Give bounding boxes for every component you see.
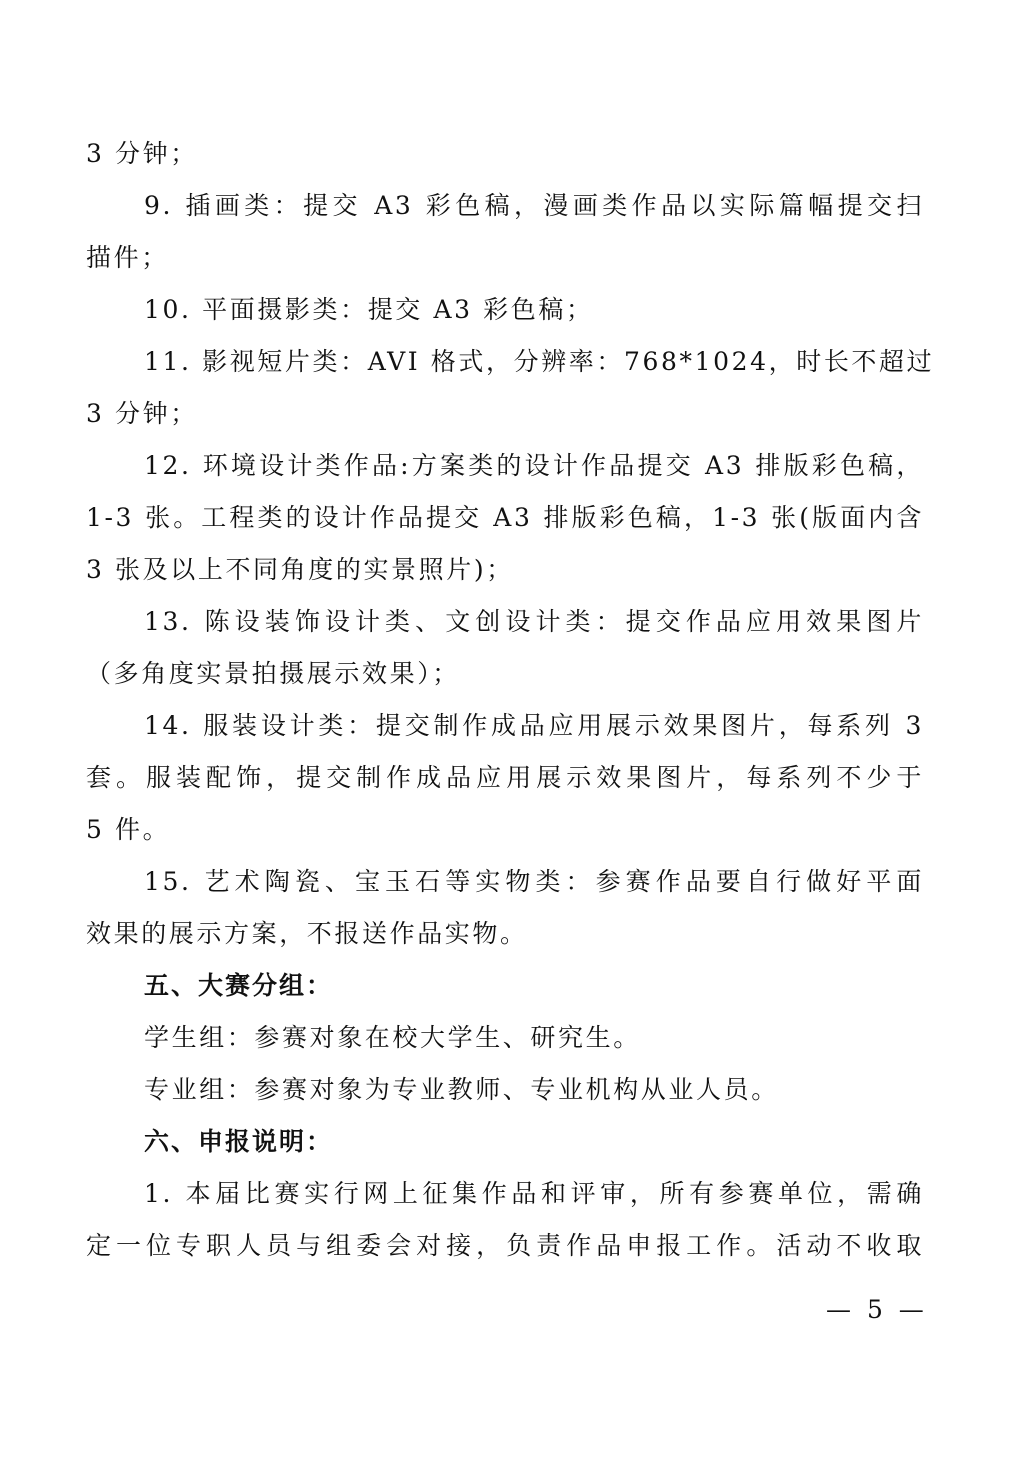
application-item-1: 1. 本届比赛实行网上征集作品和评审，所有参赛单位，需确 bbox=[144, 1174, 924, 1214]
body-text-line: 3 分钟； bbox=[86, 394, 924, 434]
list-item-9: 9. 插画类：提交 A3 彩色稿，漫画类作品以实际篇幅提交扫 bbox=[144, 186, 924, 226]
body-text-line: 3 分钟； bbox=[86, 134, 924, 174]
body-text-line: 描件； bbox=[86, 238, 924, 278]
body-text-line: 5 件。 bbox=[86, 810, 924, 850]
professional-group-text: 专业组：参赛对象为专业教师、专业机构从业人员。 bbox=[144, 1070, 924, 1110]
body-text-line: 效果的展示方案，不报送作品实物。 bbox=[86, 914, 924, 954]
list-item-13: 13. 陈设装饰设计类、文创设计类：提交作品应用效果图片 bbox=[144, 602, 924, 642]
body-text-line: 3 张及以上不同角度的实景照片)； bbox=[86, 550, 924, 590]
body-text-line: 套。服装配饰，提交制作成品应用展示效果图片，每系列不少于 bbox=[86, 758, 924, 798]
body-text-line: （多角度实景拍摄展示效果）； bbox=[86, 654, 924, 694]
student-group-text: 学生组：参赛对象在校大学生、研究生。 bbox=[144, 1018, 924, 1058]
page-number: — 5 — bbox=[826, 1290, 926, 1330]
body-text-line: 1-3 张。工程类的设计作品提交 A3 排版彩色稿，1-3 张(版面内含 bbox=[86, 498, 924, 538]
list-item-15: 15. 艺术陶瓷、宝玉石等实物类：参赛作品要自行做好平面 bbox=[144, 862, 924, 902]
list-item-11: 11. 影视短片类：AVI 格式，分辨率：768*1024，时长不超过 bbox=[144, 342, 924, 382]
list-item-14: 14. 服装设计类：提交制作成品应用展示效果图片，每系列 3 bbox=[144, 706, 924, 746]
section-heading-groups: 五、大赛分组： bbox=[144, 966, 924, 1006]
body-text-line: 定一位专职人员与组委会对接，负责作品申报工作。活动不收取 bbox=[86, 1226, 924, 1266]
section-heading-application: 六、申报说明： bbox=[144, 1122, 924, 1162]
document-page: 3 分钟； 9. 插画类：提交 A3 彩色稿，漫画类作品以实际篇幅提交扫 描件；… bbox=[0, 0, 1024, 1462]
list-item-12: 12. 环境设计类作品:方案类的设计作品提交 A3 排版彩色稿， bbox=[144, 446, 924, 486]
list-item-10: 10. 平面摄影类：提交 A3 彩色稿； bbox=[144, 290, 924, 330]
